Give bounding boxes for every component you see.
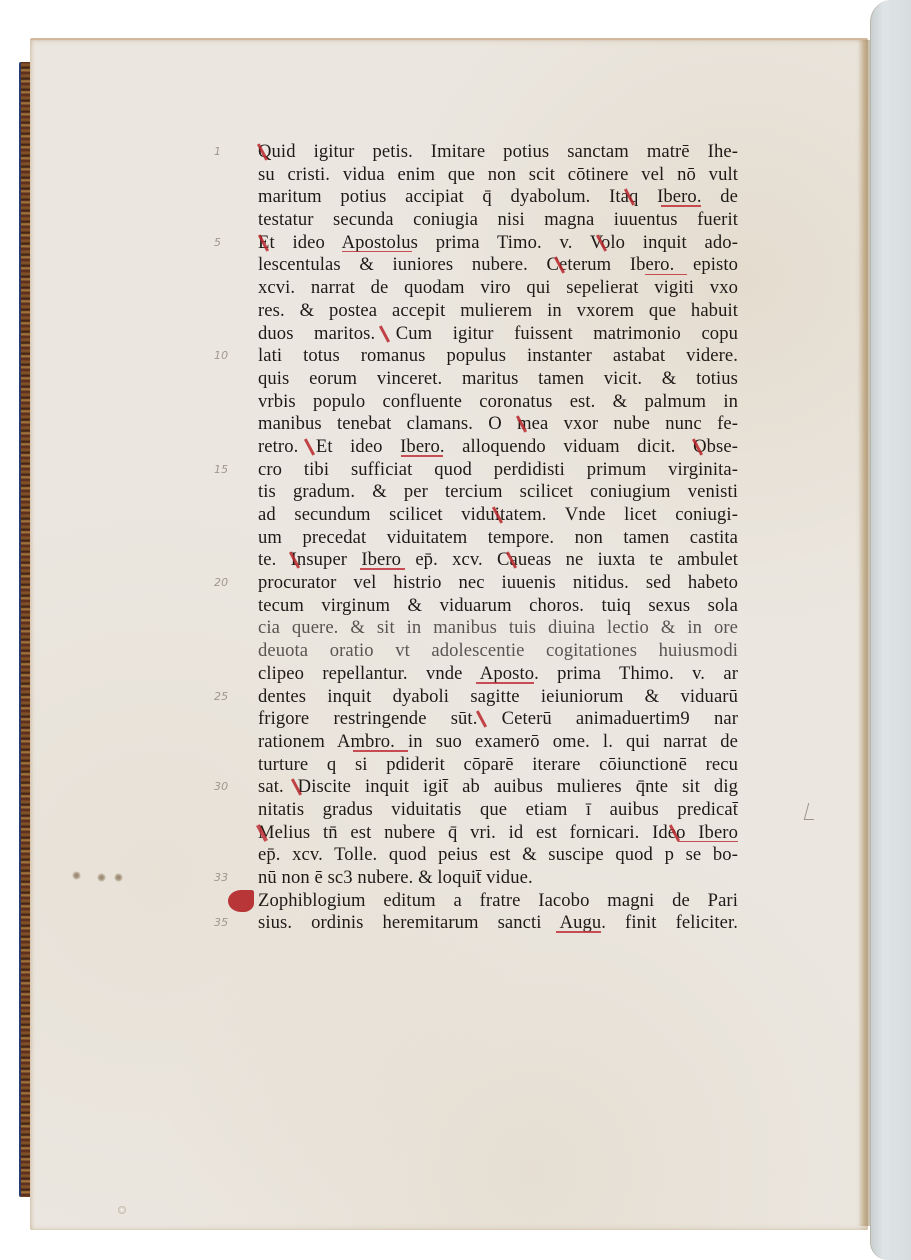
text-line: tecum virginum & viduarum choros. tuiq s… (258, 595, 738, 618)
text-line: quis eorum vinceret. maritus tamen vicit… (258, 368, 738, 391)
text-line: vrbis populo confluente coronatus est. &… (258, 391, 738, 414)
rubric-underline (401, 455, 443, 457)
text-line: cia quere. & sit in manibus tuis diuina … (258, 617, 738, 640)
colophon-line: 35 sius. ordinis heremitarum sancti Augu… (258, 912, 738, 935)
text-line: duos maritos. Cum igitur fuissent matrim… (258, 323, 738, 346)
margin-line-number: 5 (214, 232, 221, 255)
gutter-shadow (858, 40, 870, 1226)
margin-line-number: 10 (214, 345, 228, 368)
text-line: 33 nū non ē sc3 nubere. & loquit̄ vidue. (258, 867, 738, 890)
text-line: 25 dentes inquit dyaboli sagitte ieiunio… (258, 686, 738, 709)
text-line: clipeo repellantur. vnde Aposto. prima T… (258, 663, 738, 686)
margin-line-number: 25 (214, 686, 228, 709)
text-line: 30 sat. Discite inquit igit̄ ab auibus m… (258, 776, 738, 799)
text-line: res. & postea accepit mulierem in vxorem… (258, 300, 738, 323)
text-line: um precedat viduitatem tempore. non tame… (258, 527, 738, 550)
text-line: su cristi. vidua enim que non scit cōtin… (258, 164, 738, 187)
text-line: lescentulas & iuniores nubere. Ceterum I… (258, 254, 738, 277)
text-line: rationem Ambro. in suo examerō ome. l. q… (258, 731, 738, 754)
sewing-hole (114, 873, 123, 882)
text-line: maritum potius accipiat q̄ dyabolum. Ita… (258, 186, 738, 209)
text-line: testatur secunda coniugia nisi magna iuu… (258, 209, 738, 232)
margin-line-number: 30 (214, 776, 228, 799)
rubric-underline (678, 841, 738, 843)
text-line: 15 cro tibi sufficiat quod perdidisti pr… (258, 459, 738, 482)
text-line: nitatis gradus viduitatis que etiam ī au… (258, 799, 738, 822)
text-line: 20 procurator vel histrio nec iuuenis ni… (258, 572, 738, 595)
text-line: tis gradum. & per tercium scilicet coniu… (258, 481, 738, 504)
text-line: deuota oratio vt adolescentie cogitation… (258, 640, 738, 663)
rubric-underline (476, 682, 534, 684)
rubric-underline (342, 251, 412, 253)
margin-line-number: 33 (214, 867, 228, 890)
rubric-underline (360, 568, 405, 570)
text-line: 1 Quid igitur petis. Imitare potius sanc… (258, 141, 738, 164)
page-blemish (118, 1206, 126, 1214)
rubric-underline (556, 931, 601, 933)
text-line: xcvi. narrat de quodam viro qui sepelier… (258, 277, 738, 300)
text-line: ad secundum scilicet viduitatem. Vnde li… (258, 504, 738, 527)
rubric-underline (661, 205, 701, 207)
rubric-underline (645, 274, 687, 276)
text-line: Melius tn̄ est nubere q̄ vri. id est for… (258, 822, 738, 845)
text-line: frigore restringende sūt. Ceterū animadu… (258, 708, 738, 731)
margin-line-number: 35 (214, 912, 228, 935)
text-line: retro. Et ideo Ibero. alloquendo viduam … (258, 436, 738, 459)
margin-line-number: 1 (214, 141, 221, 164)
sewing-hole (97, 873, 106, 882)
text-line: te. Insuper Ibero ep̄. xcv. Caueas ne iu… (258, 549, 738, 572)
text-block: 1 Quid igitur petis. Imitare potius sanc… (258, 141, 738, 935)
text-line: 10 lati totus romanus populus instanter … (258, 345, 738, 368)
margin-line-number: 15 (214, 459, 228, 482)
text-line: manibus tenebat clamans. O mea vxor nube… (258, 413, 738, 436)
text-line: turture q si pdiderit cōparē iterare cōi… (258, 754, 738, 777)
sewing-hole (72, 871, 81, 880)
margin-line-number: 20 (214, 572, 228, 595)
adjacent-leaf-edge (870, 0, 911, 1260)
rubric-underline (353, 750, 408, 752)
colophon-line: Zophiblogium editum a fratre Iacobo magn… (258, 890, 738, 913)
text-line: ep̄. xcv. Tolle. quod peius est & suscip… (258, 844, 738, 867)
paragraph-mark-icon (228, 890, 254, 912)
text-line: 5 Et ideo Apostolus prima Timo. v. Volo … (258, 232, 738, 255)
